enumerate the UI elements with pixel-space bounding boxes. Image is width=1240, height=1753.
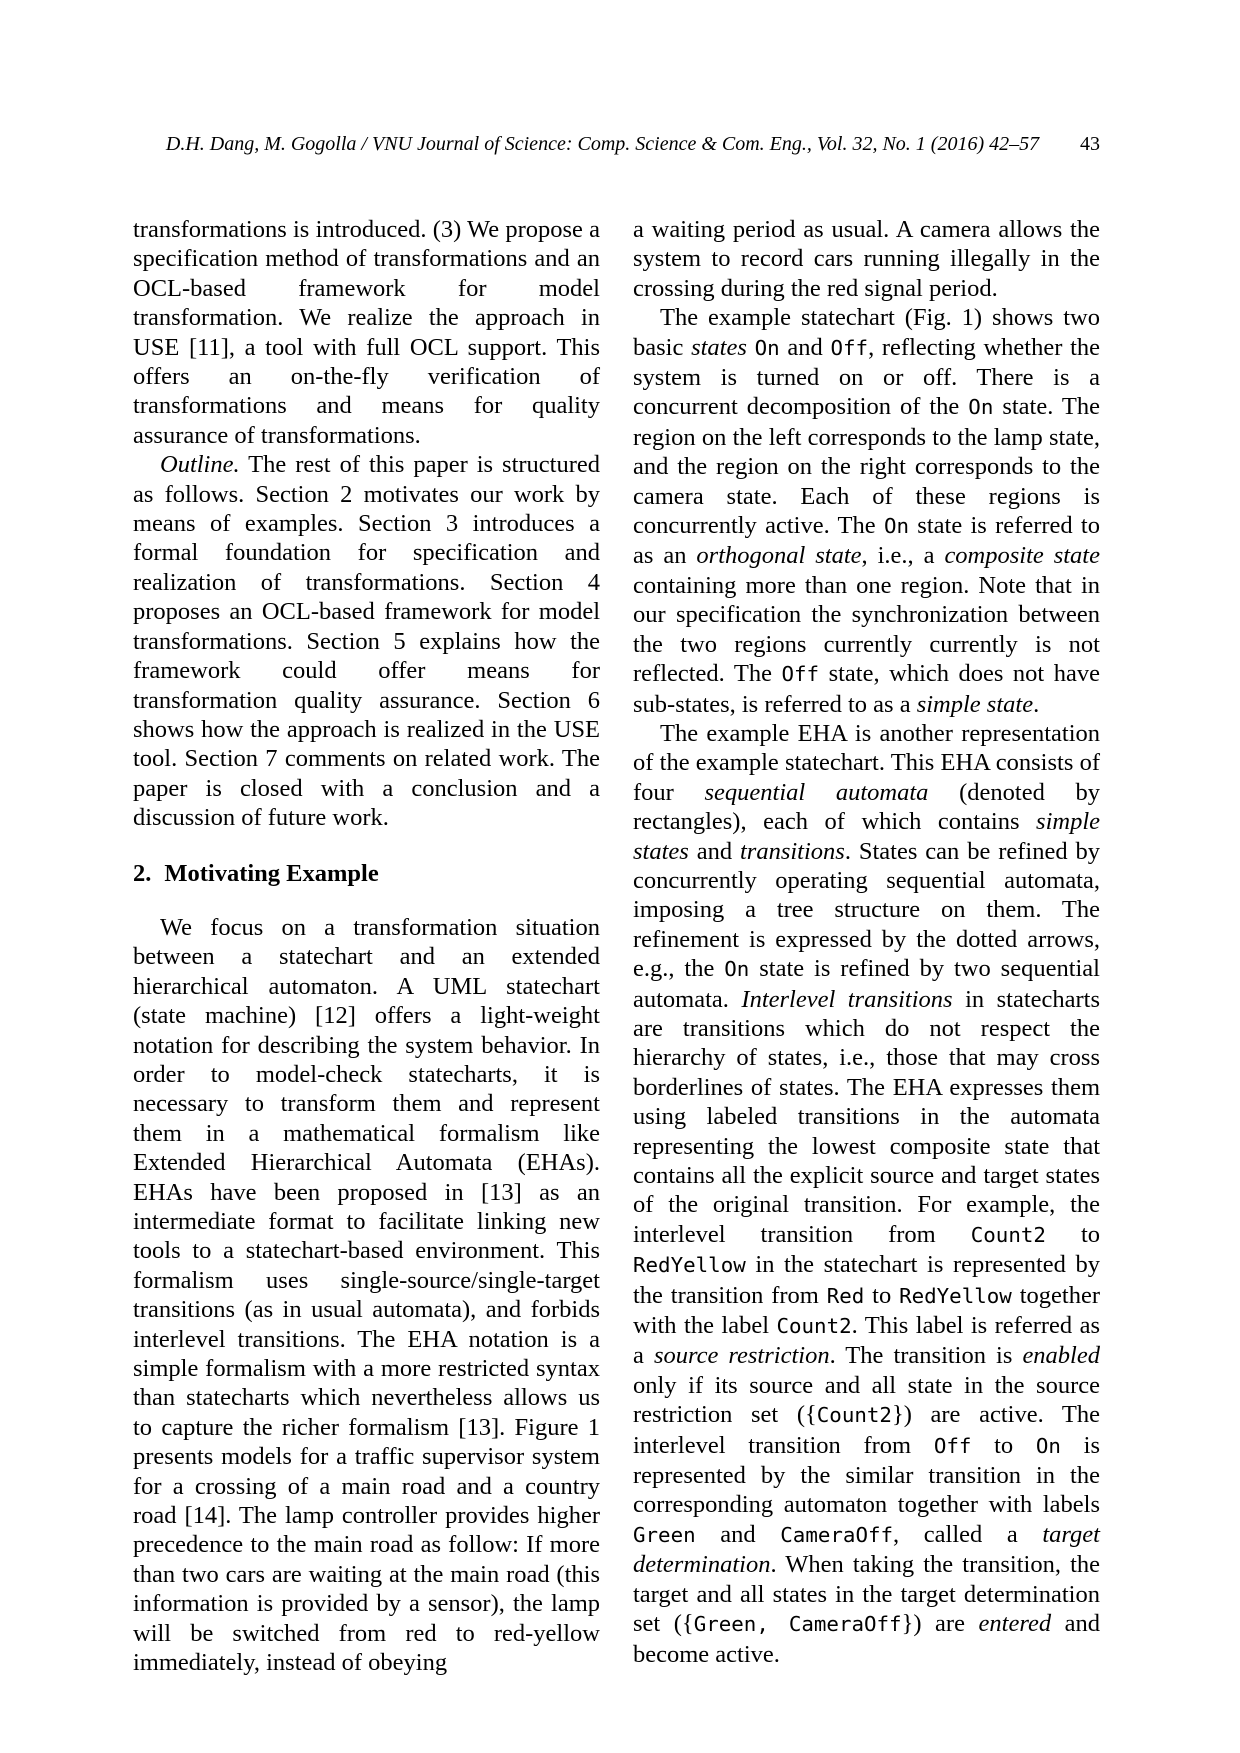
text-run: transformations is introduced. (3) We pr… [133,216,600,449]
left-column: transformations is introduced. (3) We pr… [133,215,600,1678]
text-run: and [696,1521,781,1548]
text-run: , i.e., a [862,542,945,569]
text-run: to [864,1282,899,1309]
page-header: D.H. Dang, M. Gogolla / VNU Journal of S… [133,131,1100,157]
code-text-run: Count2 [817,1403,892,1427]
code-text-run: Green [633,1523,696,1547]
italic-text-run: orthogonal state [696,542,861,569]
code-text-run: On [724,957,749,981]
italic-text-run: composite state [944,542,1100,569]
code-text-run: Off [830,336,868,360]
text-run: }) are [902,1610,979,1637]
right-column: a waiting period as usual. A camera allo… [633,215,1100,1678]
section-heading: 2.Motivating Example [133,859,600,888]
italic-text-run: source restriction [654,1342,830,1369]
section-title: Motivating Example [164,860,378,887]
italic-text-run: sequential automata [705,779,929,806]
text-run: to [1046,1221,1100,1248]
italic-text-run: states [691,334,747,361]
text-run: and [689,838,740,865]
code-text-run: On [968,395,993,419]
code-text-run: Count2 [776,1314,851,1338]
code-text-run: RedYellow [633,1253,746,1277]
code-text-run: Off [934,1434,972,1458]
italic-text-run: Outline. [160,451,240,478]
paragraph: a waiting period as usual. A camera allo… [633,215,1100,303]
paragraph: transformations is introduced. (3) We pr… [133,215,600,450]
text-run: in statecharts are transitions which do … [633,986,1100,1248]
text-run [747,334,755,361]
italic-text-run: simple state [917,691,1033,718]
text-run: We focus on a transformation situation b… [133,914,600,1676]
page-number: 43 [1080,131,1100,157]
text-run: to [971,1432,1035,1459]
italic-text-run: entered [979,1610,1052,1637]
code-text-run: Count2 [971,1223,1046,1247]
italic-text-run: transitions [740,838,845,865]
code-text-run: CameraOff [780,1523,893,1547]
code-text-run: On [884,514,909,538]
code-text-run: Off [781,662,819,686]
code-text-run: Red [827,1284,865,1308]
section-number: 2. [133,860,164,887]
paper-page: D.H. Dang, M. Gogolla / VNU Journal of S… [0,0,1240,1753]
code-text-run: On [1036,1434,1061,1458]
italic-text-run: Interlevel transitions [741,986,952,1013]
text-run: a waiting period as usual. A camera allo… [633,216,1100,302]
text-run: and [780,334,831,361]
paragraph: We focus on a transformation situation b… [133,913,600,1678]
code-text-run: Green, CameraOff [694,1612,902,1636]
code-text-run: On [755,336,780,360]
paragraph: The example statechart (Fig. 1) shows tw… [633,303,1100,719]
paragraph: The example EHA is another representatio… [633,719,1100,1669]
paragraph: Outline. The rest of this paper is struc… [133,450,600,832]
code-text-run: RedYellow [899,1284,1012,1308]
text-run: The rest of this paper is structured as … [133,451,600,831]
italic-text-run: enabled [1022,1342,1100,1369]
two-column-body: transformations is introduced. (3) We pr… [133,215,1100,1678]
text-run: . [1033,691,1039,718]
text-run: . The transition is [830,1342,1023,1369]
text-run: , called a [893,1521,1042,1548]
running-head: D.H. Dang, M. Gogolla / VNU Journal of S… [133,131,1072,157]
